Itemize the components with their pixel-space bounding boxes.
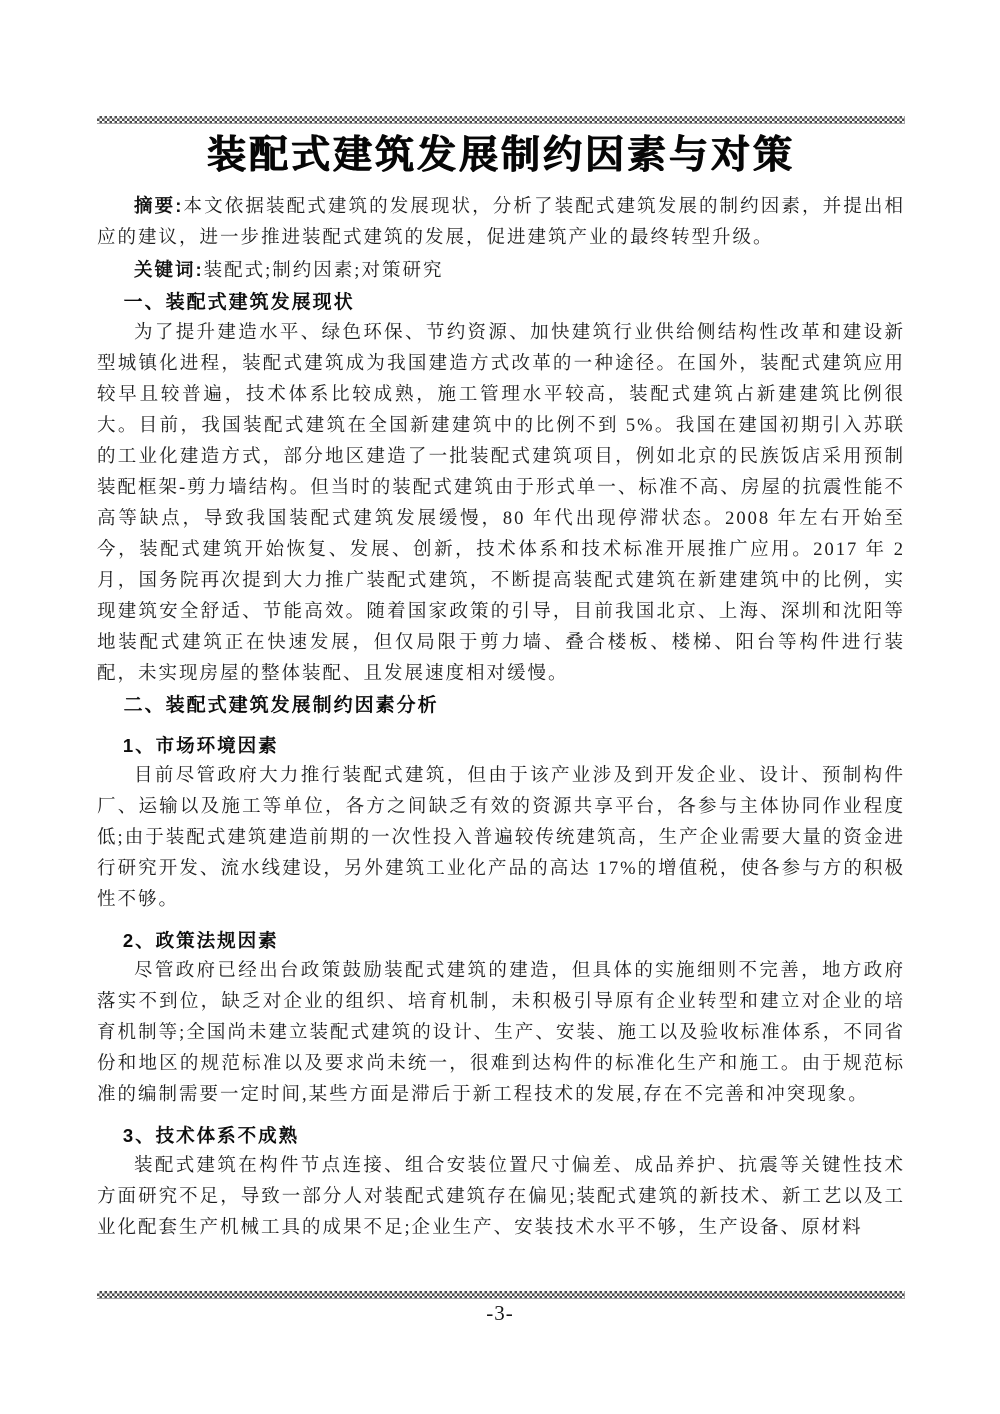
page-number: -3- [0,1301,1000,1326]
subsection-heading-market: 1、市场环境因素 [97,730,905,761]
section-1-paragraph: 为了提升建造水平、绿色环保、节约资源、加快建筑行业供给侧结构性改革和建设新型城镇… [97,318,905,690]
document-content: 装配式建筑发展制约因素与对策 摘要:本文依据装配式建筑的发展现状，分析了装配式建… [97,128,905,1244]
keywords-text: 装配式;制约因素;对策研究 [204,261,444,281]
top-divider [97,116,905,124]
subsection-paragraph-market: 目前尽管政府大力推行装配式建筑，但由于该产业涉及到开发企业、设计、预制构件厂、运… [97,761,905,916]
abstract-label: 摘要: [134,195,183,216]
bottom-divider [97,1291,905,1299]
subsection-paragraph-technology: 装配式建筑在构件节点连接、组合安装位置尺寸偏差、成品养护、抗震等关键性技术方面研… [97,1151,905,1244]
document-title: 装配式建筑发展制约因素与对策 [97,128,905,184]
section-heading-1: 一、装配式建筑发展现状 [97,287,905,318]
document-page: 装配式建筑发展制约因素与对策 摘要:本文依据装配式建筑的发展现状，分析了装配式建… [0,0,1000,1414]
subsection-paragraph-policy: 尽管政府已经出台政策鼓励装配式建筑的建造，但具体的实施细则不完善，地方政府落实不… [97,956,905,1111]
section-heading-2: 二、装配式建筑发展制约因素分析 [97,690,905,721]
keywords-label: 关键词: [134,259,204,280]
abstract-paragraph: 摘要:本文依据装配式建筑的发展现状，分析了装配式建筑发展的制约因素，并提出相应的… [97,190,905,254]
abstract-text: 本文依据装配式建筑的发展现状，分析了装配式建筑发展的制约因素，并提出相应的建议，… [97,197,905,248]
keywords-paragraph: 关键词:装配式;制约因素;对策研究 [97,254,905,287]
subsection-heading-policy: 2、政策法规因素 [97,925,905,956]
subsection-heading-technology: 3、技术体系不成熟 [97,1120,905,1151]
